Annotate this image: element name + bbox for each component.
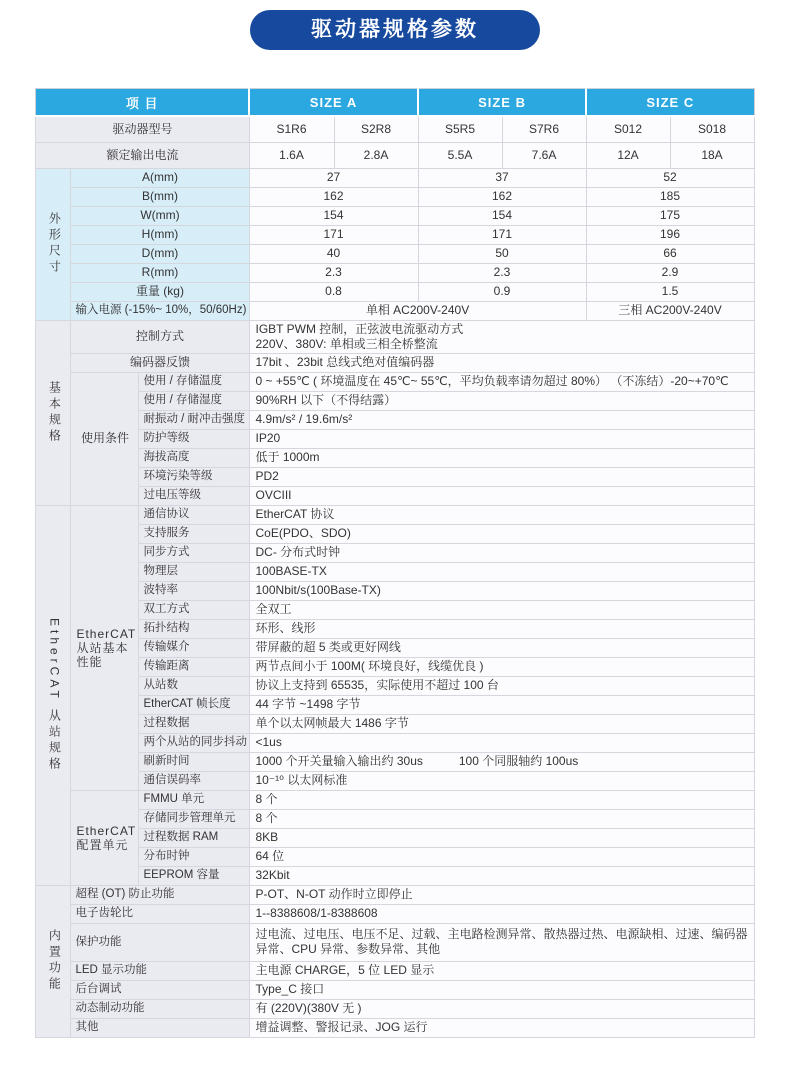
- current-value: 1.6A: [249, 142, 334, 168]
- dim-value: 40: [249, 244, 418, 263]
- spec-row: 传输距离 两节点间小于 100M( 环境良好，线缆优良 ): [36, 657, 754, 676]
- row-value: 低于 1000m: [249, 448, 754, 467]
- row-value: 两节点间小于 100M( 环境良好，线缆优良 ): [249, 657, 754, 676]
- current-value: 5.5A: [418, 142, 502, 168]
- row-value: PD2: [249, 467, 754, 486]
- dim-value: 0.9: [418, 282, 586, 301]
- spec-row: 基本规格 控制方式 IGBT PWM 控制，正弦波电流驱动方式 220V、380…: [36, 320, 754, 353]
- row-value: 8KB: [249, 828, 754, 847]
- spec-row: 物理层 100BASE-TX: [36, 562, 754, 581]
- input-power-row: 输入电源 (-15%~ 10%，50/60Hz) 单相 AC200V-240V …: [36, 301, 754, 320]
- spec-row: 电子齿轮比 1--8388608/1-8388608: [36, 904, 754, 923]
- subgroup-label-conditions: 使用条件: [71, 372, 139, 505]
- group-label-dimensions: 外形尺寸: [36, 168, 71, 320]
- spec-row: EEPROM 容量 32Kbit: [36, 866, 754, 885]
- dim-value: 0.8: [249, 282, 418, 301]
- spec-row: LED 显示功能 主电源 CHARGE，5 位 LED 显示: [36, 961, 754, 980]
- spec-row: 通信误码率 10⁻¹⁰ 以太网标准: [36, 771, 754, 790]
- row-label: 驱动器型号: [36, 116, 249, 142]
- row-label: 动态制动功能: [71, 999, 249, 1018]
- spec-row: 过程数据 单个以太网帧最大 1486 字节: [36, 714, 754, 733]
- spec-row: 刷新时间 1000 个开关量输入输出约 30us 100 个同服轴约 100us: [36, 752, 754, 771]
- power-value-c: 三相 AC200V-240V: [586, 301, 754, 320]
- current-value: 7.6A: [502, 142, 586, 168]
- row-label: EEPROM 容量: [139, 866, 249, 885]
- dim-value: 175: [586, 206, 754, 225]
- spec-row: 使用条件 使用 / 存储温度 0 ~ +55℃ ( 环境温度在 45℃~ 55℃…: [36, 372, 754, 391]
- row-value: 过电流、过电压、电压不足、过载、主电路检测异常、散热器过热、电源缺相、过速、编码…: [249, 923, 754, 961]
- spec-row: 其他 增益调整、警报记录、JOG 运行: [36, 1018, 754, 1037]
- row-value: 全双工: [249, 600, 754, 619]
- spec-row: 过程数据 RAM 8KB: [36, 828, 754, 847]
- row-label: 电子齿轮比: [71, 904, 249, 923]
- group-label-builtin: 内置功能: [36, 885, 71, 1037]
- row-value: OVCIII: [249, 486, 754, 505]
- row-value: 主电源 CHARGE，5 位 LED 显示: [249, 961, 754, 980]
- row-value: 协议上支持到 65535，实际使用不超过 100 台: [249, 676, 754, 695]
- dimension-row: 重量 (kg) 0.8 0.9 1.5: [36, 282, 754, 301]
- model-value: S1R6: [249, 116, 334, 142]
- dim-value: 1.5: [586, 282, 754, 301]
- model-value: S018: [670, 116, 754, 142]
- row-label: 环境污染等级: [139, 467, 249, 486]
- spec-row: 存储同步管理单元 8 个: [36, 809, 754, 828]
- header-size-c: SIZE C: [586, 89, 754, 117]
- row-value: 100BASE-TX: [249, 562, 754, 581]
- row-value: 8 个: [249, 809, 754, 828]
- row-value: 17bit 、23bit 总线式绝对值编码器: [249, 353, 754, 372]
- row-label: 分布时钟: [139, 847, 249, 866]
- spec-row: EtherCAT 从站规格 EtherCAT 从站基本性能 通信协议 Ether…: [36, 505, 754, 524]
- spec-row: 从站数 协议上支持到 65535，实际使用不超过 100 台: [36, 676, 754, 695]
- spec-row: 动态制动功能 有 (220V)(380V 无 ): [36, 999, 754, 1018]
- dim-value: 154: [418, 206, 586, 225]
- spec-row: 传输媒介 带屏蔽的超 5 类或更好网线: [36, 638, 754, 657]
- model-value: S2R8: [334, 116, 418, 142]
- spec-row: EtherCAT 配置单元 FMMU 单元 8 个: [36, 790, 754, 809]
- spec-row: EtherCAT 帧长度 44 字节 ~1498 字节: [36, 695, 754, 714]
- spec-row: 波特率 100Nbit/s(100Base-TX): [36, 581, 754, 600]
- row-value: 4.9m/s² / 19.6m/s²: [249, 410, 754, 429]
- row-value: 90%RH 以下（不得结露）: [249, 391, 754, 410]
- row-label: 超程 (OT) 防止功能: [71, 885, 249, 904]
- row-label: 过程数据: [139, 714, 249, 733]
- row-label: 支持服务: [139, 524, 249, 543]
- row-value: 64 位: [249, 847, 754, 866]
- row-label: 编码器反馈: [71, 353, 249, 372]
- dim-value: 2.9: [586, 263, 754, 282]
- dim-value: 154: [249, 206, 418, 225]
- spec-row: 防护等级 IP20: [36, 429, 754, 448]
- row-label: 从站数: [139, 676, 249, 695]
- row-label: W(mm): [71, 206, 249, 225]
- dimension-row: W(mm) 154 154 175: [36, 206, 754, 225]
- spec-row: 双工方式 全双工: [36, 600, 754, 619]
- row-value: 1--8388608/1-8388608: [249, 904, 754, 923]
- dim-value: 37: [418, 168, 586, 187]
- spec-row: 支持服务 CoE(PDO、SDO): [36, 524, 754, 543]
- row-label: 过程数据 RAM: [139, 828, 249, 847]
- row-label: 过电压等级: [139, 486, 249, 505]
- row-label: B(mm): [71, 187, 249, 206]
- row-label: 使用 / 存储温度: [139, 372, 249, 391]
- row-label: FMMU 单元: [139, 790, 249, 809]
- row-label: 同步方式: [139, 543, 249, 562]
- row-value: DC- 分布式时钟: [249, 543, 754, 562]
- spec-row: 过电压等级 OVCIII: [36, 486, 754, 505]
- group-label-ethercat: EtherCAT 从站规格: [36, 505, 71, 885]
- header-size-a: SIZE A: [249, 89, 418, 117]
- drive-spec-table: 项 目 SIZE A SIZE B SIZE C 驱动器型号 S1R6 S2R8…: [35, 88, 754, 1038]
- model-value: S012: [586, 116, 670, 142]
- row-value: 8 个: [249, 790, 754, 809]
- row-label: 刷新时间: [139, 752, 249, 771]
- row-label: D(mm): [71, 244, 249, 263]
- row-label: 双工方式: [139, 600, 249, 619]
- dim-value: 27: [249, 168, 418, 187]
- rated-current-row: 额定输出电流 1.6A 2.8A 5.5A 7.6A 12A 18A: [36, 142, 754, 168]
- row-label: 保护功能: [71, 923, 249, 961]
- row-value: 环形、线形: [249, 619, 754, 638]
- spec-row: 海拔高度 低于 1000m: [36, 448, 754, 467]
- row-label: A(mm): [71, 168, 249, 187]
- row-label: 输入电源 (-15%~ 10%，50/60Hz): [71, 301, 249, 320]
- current-value: 2.8A: [334, 142, 418, 168]
- row-value: <1us: [249, 733, 754, 752]
- row-label: 传输距离: [139, 657, 249, 676]
- dim-value: 66: [586, 244, 754, 263]
- dim-value: 162: [418, 187, 586, 206]
- row-label: 通信协议: [139, 505, 249, 524]
- row-value: IGBT PWM 控制，正弦波电流驱动方式 220V、380V: 单相或三相全桥…: [249, 320, 754, 353]
- row-label: 拓扑结构: [139, 619, 249, 638]
- row-label: H(mm): [71, 225, 249, 244]
- row-label: 通信误码率: [139, 771, 249, 790]
- spec-row: 保护功能 过电流、过电压、电压不足、过载、主电路检测异常、散热器过热、电源缺相、…: [36, 923, 754, 961]
- row-value: 单个以太网帧最大 1486 字节: [249, 714, 754, 733]
- spec-row: 使用 / 存储湿度 90%RH 以下（不得结露）: [36, 391, 754, 410]
- spec-row: 环境污染等级 PD2: [36, 467, 754, 486]
- row-value: 44 字节 ~1498 字节: [249, 695, 754, 714]
- spec-row: 编码器反馈 17bit 、23bit 总线式绝对值编码器: [36, 353, 754, 372]
- row-label: 耐振动 / 耐冲击强度: [139, 410, 249, 429]
- dim-value: 162: [249, 187, 418, 206]
- power-value-ab: 单相 AC200V-240V: [249, 301, 586, 320]
- dimension-row: 外形尺寸 A(mm) 27 37 52: [36, 168, 754, 187]
- row-label: 海拔高度: [139, 448, 249, 467]
- spec-row: 分布时钟 64 位: [36, 847, 754, 866]
- dim-value: 171: [418, 225, 586, 244]
- row-label: 防护等级: [139, 429, 249, 448]
- model-value: S5R5: [418, 116, 502, 142]
- row-label: R(mm): [71, 263, 249, 282]
- header-size-b: SIZE B: [418, 89, 586, 117]
- row-value: P-OT、N-OT 动作时立即停止: [249, 885, 754, 904]
- row-label: 其他: [71, 1018, 249, 1037]
- model-value: S7R6: [502, 116, 586, 142]
- row-value: 带屏蔽的超 5 类或更好网线: [249, 638, 754, 657]
- row-value: 增益调整、警报记录、JOG 运行: [249, 1018, 754, 1037]
- row-value: 100Nbit/s(100Base-TX): [249, 581, 754, 600]
- row-label: 存储同步管理单元: [139, 809, 249, 828]
- dimension-row: B(mm) 162 162 185: [36, 187, 754, 206]
- model-row: 驱动器型号 S1R6 S2R8 S5R5 S7R6 S012 S018: [36, 116, 754, 142]
- dimension-row: H(mm) 171 171 196: [36, 225, 754, 244]
- row-value: 0 ~ +55℃ ( 环境温度在 45℃~ 55℃，平均负载率请勿超过 80%）…: [249, 372, 754, 391]
- subgroup-label-slave-basic: EtherCAT 从站基本性能: [71, 505, 139, 790]
- current-value: 12A: [586, 142, 670, 168]
- dim-value: 2.3: [418, 263, 586, 282]
- row-label: 使用 / 存储湿度: [139, 391, 249, 410]
- row-label: 两个从站的同步抖动: [139, 733, 249, 752]
- current-value: 18A: [670, 142, 754, 168]
- row-label: 重量 (kg): [71, 282, 249, 301]
- spec-row: 后台调试 Type_C 接口: [36, 980, 754, 999]
- row-label: 传输媒介: [139, 638, 249, 657]
- row-value: 有 (220V)(380V 无 ): [249, 999, 754, 1018]
- dim-value: 196: [586, 225, 754, 244]
- subgroup-label-config-unit: EtherCAT 配置单元: [71, 790, 139, 885]
- row-value: 10⁻¹⁰ 以太网标准: [249, 771, 754, 790]
- dim-value: 185: [586, 187, 754, 206]
- table-header-row: 项 目 SIZE A SIZE B SIZE C: [36, 89, 754, 117]
- row-value: 1000 个开关量输入输出约 30us 100 个同服轴约 100us: [249, 752, 754, 771]
- row-label: 控制方式: [71, 320, 249, 353]
- dim-value: 171: [249, 225, 418, 244]
- row-value: 32Kbit: [249, 866, 754, 885]
- row-label: EtherCAT 帧长度: [139, 695, 249, 714]
- row-label: LED 显示功能: [71, 961, 249, 980]
- spec-row: 耐振动 / 耐冲击强度 4.9m/s² / 19.6m/s²: [36, 410, 754, 429]
- row-value: Type_C 接口: [249, 980, 754, 999]
- dimension-row: R(mm) 2.3 2.3 2.9: [36, 263, 754, 282]
- spec-row: 同步方式 DC- 分布式时钟: [36, 543, 754, 562]
- row-label: 额定输出电流: [36, 142, 249, 168]
- dim-value: 2.3: [249, 263, 418, 282]
- group-label-basic: 基本规格: [36, 320, 71, 505]
- row-value: CoE(PDO、SDO): [249, 524, 754, 543]
- row-value: EtherCAT 协议: [249, 505, 754, 524]
- spec-row: 拓扑结构 环形、线形: [36, 619, 754, 638]
- row-label: 后台调试: [71, 980, 249, 999]
- row-label: 物理层: [139, 562, 249, 581]
- header-item: 项 目: [36, 89, 249, 117]
- row-value: IP20: [249, 429, 754, 448]
- page-title: 驱动器规格参数: [250, 10, 540, 50]
- dim-value: 52: [586, 168, 754, 187]
- row-label: 波特率: [139, 581, 249, 600]
- spec-row: 两个从站的同步抖动 <1us: [36, 733, 754, 752]
- dimension-row: D(mm) 40 50 66: [36, 244, 754, 263]
- dim-value: 50: [418, 244, 586, 263]
- spec-row: 内置功能 超程 (OT) 防止功能 P-OT、N-OT 动作时立即停止: [36, 885, 754, 904]
